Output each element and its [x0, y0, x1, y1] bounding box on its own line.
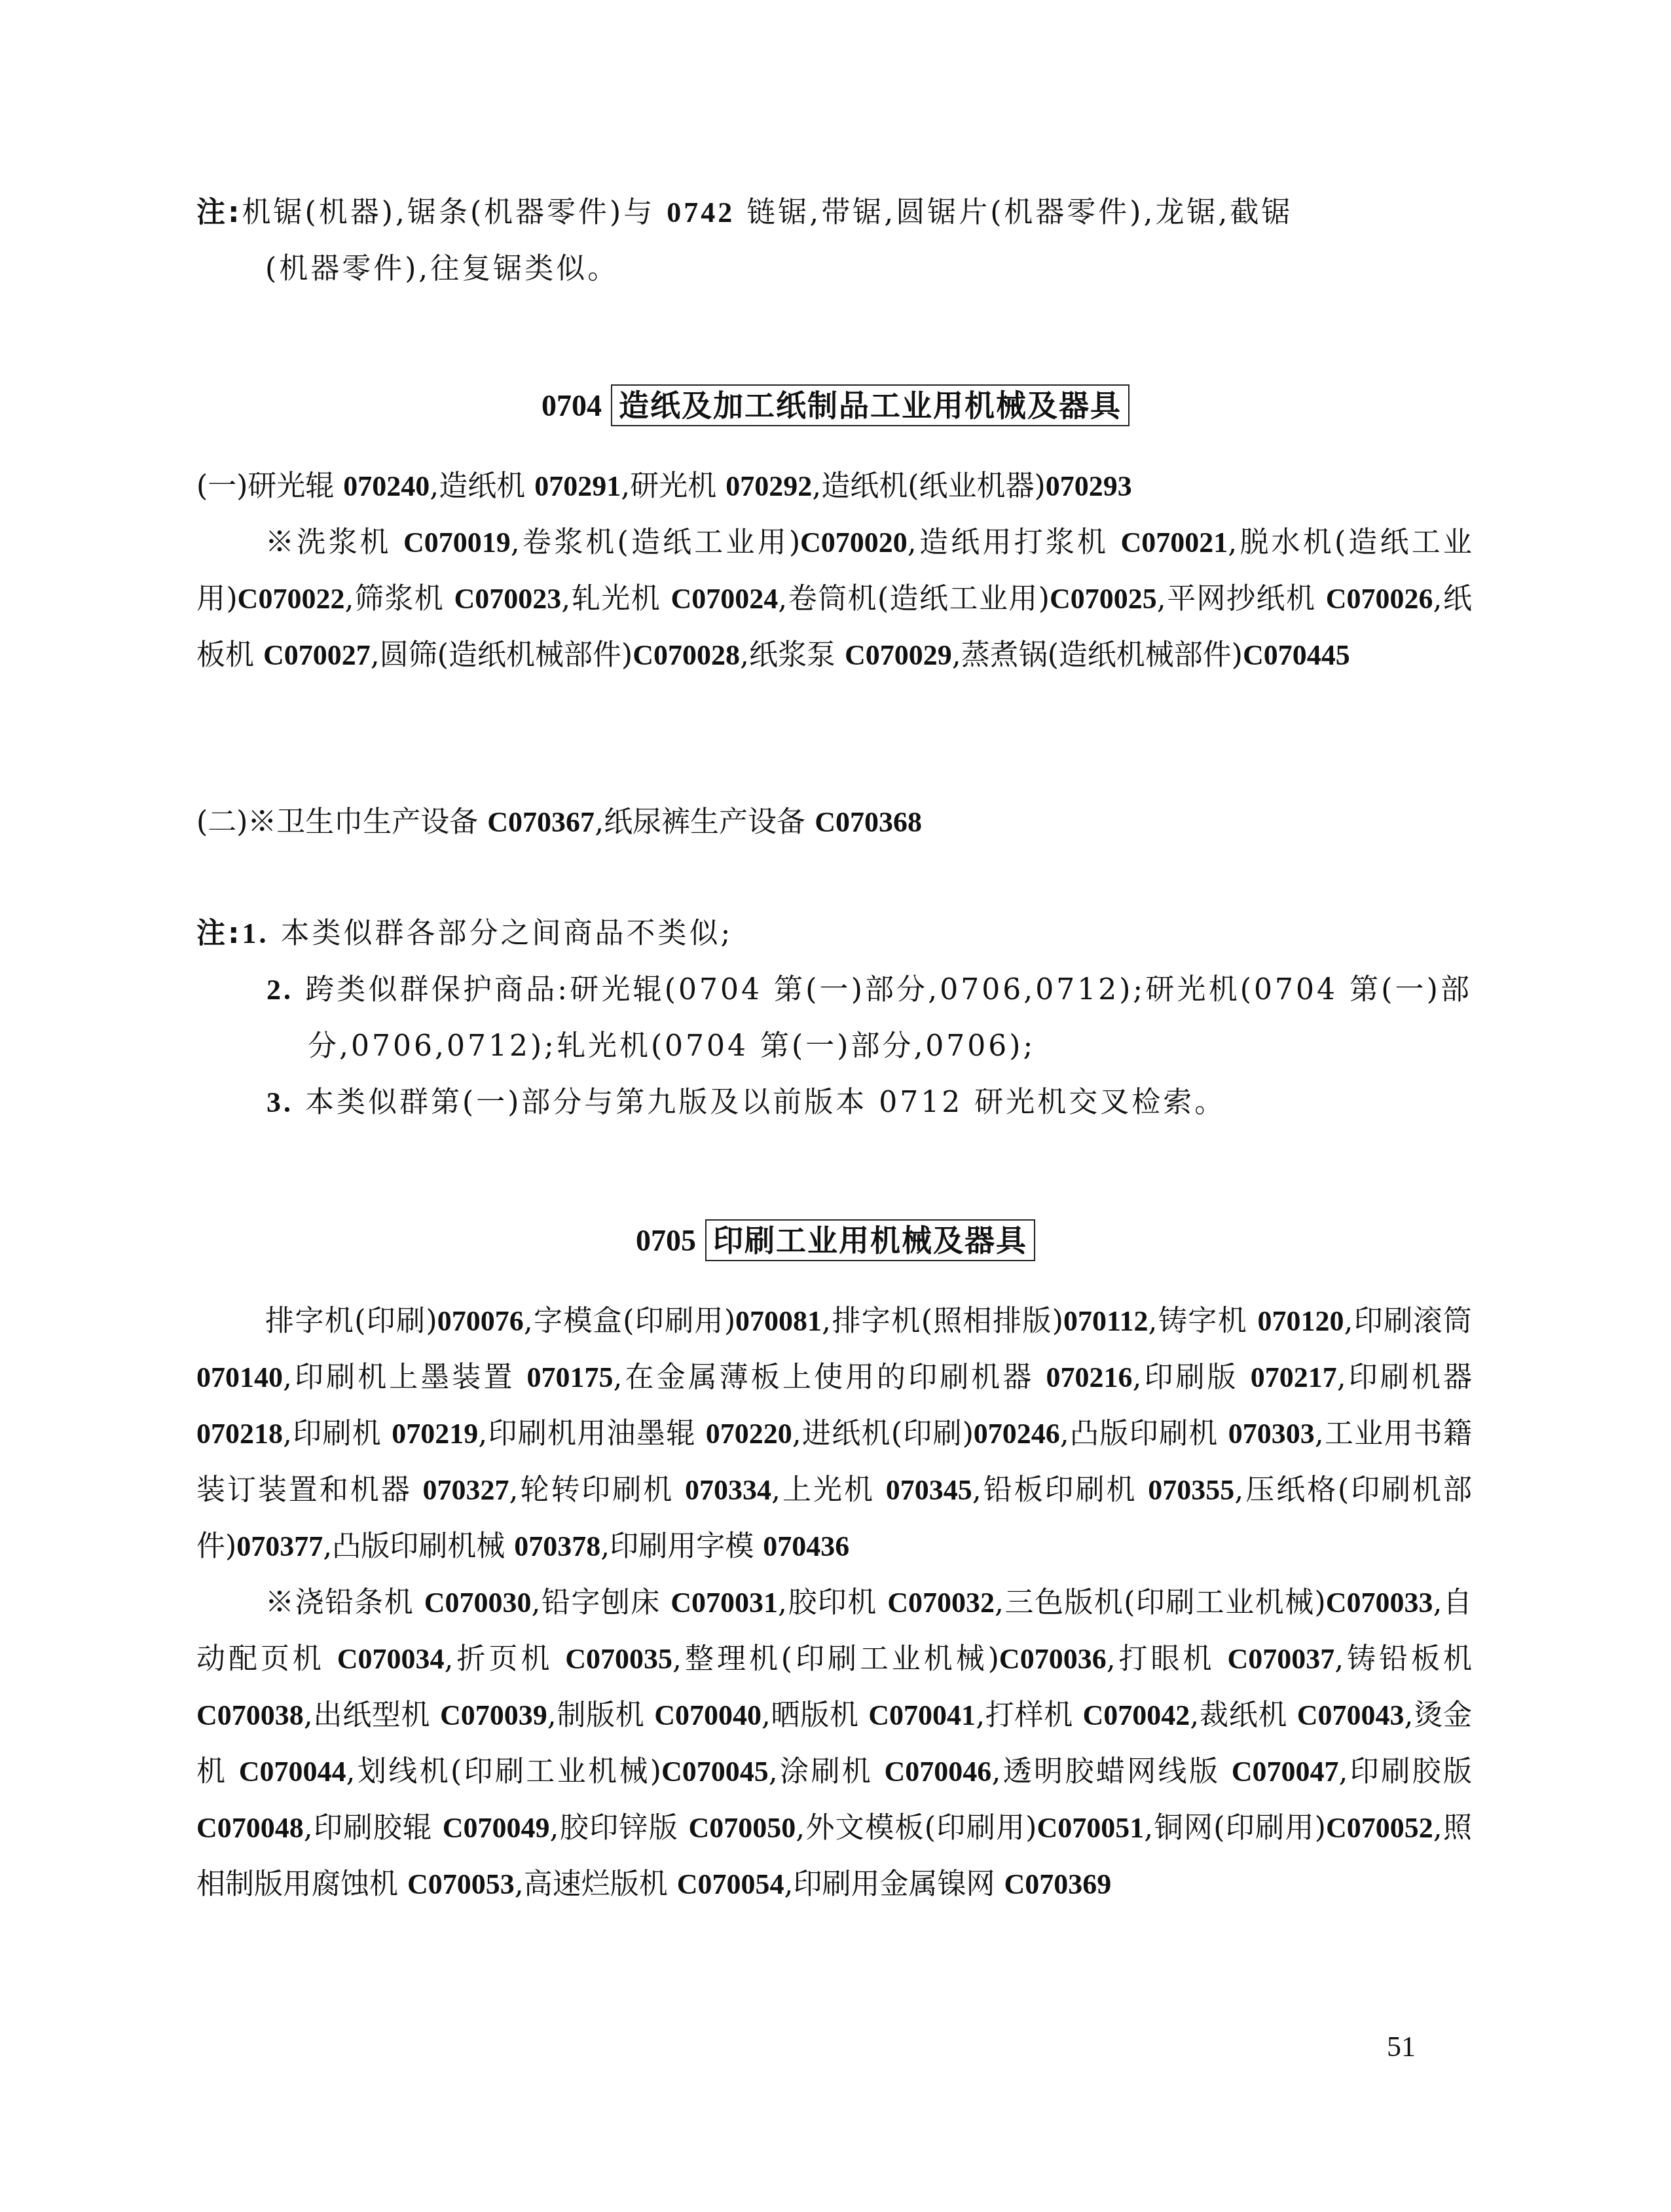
goods-code: C070027	[263, 639, 371, 671]
goods-name: 造纸机(纸业机器)	[821, 470, 1045, 503]
goods-code: C070025	[1050, 583, 1157, 615]
goods-code: 070081	[735, 1305, 822, 1337]
goods-name: ※卫生巾生产设备	[248, 805, 487, 839]
goods-name: ※浇铅条机	[265, 1586, 424, 1619]
goods-name: 打眼机	[1116, 1642, 1228, 1676]
goods-item: 印刷胶辊 C070049,	[313, 1811, 559, 1845]
top-note-line1: 注:机锯(机器),锯条(机器零件)与 0742 链锯,带锯,圆锯片(机器零件),…	[196, 185, 1472, 241]
goods-item: 铸字机 070120,	[1158, 1304, 1353, 1338]
part2-goods: (二)※卫生巾生产设备 C070367,纸尿裤生产设备 C070368	[196, 794, 1472, 851]
goods-item: 折页机 C070035,	[454, 1642, 682, 1676]
goods-name: 印刷胶版	[1348, 1755, 1473, 1788]
goods-code: 070293	[1046, 470, 1132, 502]
goods-item: 涂刷机 C070046,	[778, 1755, 1001, 1788]
goods-item: 高速烂版机 C070054,	[524, 1868, 794, 1901]
goods-code: C070031	[670, 1587, 778, 1619]
goods-code: 070175	[527, 1361, 614, 1393]
goods-name: 整理机(印刷工业机械)	[682, 1642, 999, 1676]
goods-item: 印刷版 070217,	[1141, 1361, 1346, 1394]
goods-code: 070334	[685, 1474, 771, 1506]
goods-code: 070303	[1228, 1418, 1315, 1450]
goods-item: 上光机 070345,	[780, 1473, 982, 1507]
goods-code: 070220	[706, 1418, 792, 1450]
goods-name: 圆筛(造纸机械部件)	[380, 638, 633, 672]
section-code: 0704	[542, 389, 602, 422]
goods-name: 印刷滚筒	[1353, 1304, 1472, 1338]
goods-name: 涂刷机	[778, 1755, 885, 1788]
goods-name: 外文模板(印刷用)	[805, 1811, 1037, 1845]
goods-name: 上光机	[780, 1473, 886, 1507]
note-label: 注:	[196, 196, 242, 229]
goods-name: 造纸用打浆机	[917, 526, 1121, 559]
goods-item: 铅字刨床 C070031,	[540, 1586, 786, 1619]
goods-code: C070054	[677, 1868, 784, 1900]
goods-item: 造纸用打浆机 C070021,	[917, 526, 1237, 559]
goods-name: 印刷用字模	[610, 1530, 763, 1563]
goods-code: 070140	[196, 1361, 283, 1393]
goods-code: 070219	[392, 1418, 478, 1450]
goods-item: 出纸型机 C070039,	[313, 1699, 557, 1732]
goods-code: C070036	[999, 1643, 1107, 1675]
goods-name: 印刷机上墨装置	[292, 1361, 527, 1394]
goods-name: 高速烂版机	[524, 1868, 677, 1901]
goods-code: C070042	[1083, 1699, 1190, 1731]
note-item-1: 注:1. 本类似群各部分之间商品不类似;	[196, 906, 1472, 962]
goods-item: 卷浆机(造纸工业用)C070020,	[520, 526, 917, 559]
goods-item: 卷筒机(造纸工业用)C070025,	[787, 582, 1166, 616]
goods-name: 纸尿裤生产设备	[604, 805, 815, 839]
goods-code: C070033	[1326, 1587, 1433, 1619]
goods-name: 研光机	[630, 470, 725, 503]
top-note-line2: (机器零件),往复锯类似。	[196, 241, 1472, 297]
goods-code: C070047	[1232, 1756, 1339, 1788]
goods-code: C070368	[815, 806, 922, 838]
section-title: 印刷工业用机械及器具	[705, 1219, 1035, 1261]
section-0704-part2: (二)※卫生巾生产设备 C070367,纸尿裤生产设备 C070368	[196, 794, 1472, 851]
section-code: 0705	[636, 1224, 696, 1257]
goods-name: 胶印机	[787, 1586, 887, 1619]
goods-code: C070051	[1037, 1812, 1144, 1844]
goods-code: C070020	[800, 526, 908, 559]
goods-name: 制版机	[557, 1699, 654, 1732]
top-note: 注:机锯(机器),锯条(机器零件)与 0742 链锯,带锯,圆锯片(机器零件),…	[196, 185, 1472, 297]
goods-code: C070039	[440, 1699, 547, 1731]
goods-code: C070052	[1326, 1812, 1433, 1844]
goods-name: ※洗浆机	[265, 526, 403, 559]
goods-name: 研光辊	[248, 470, 343, 503]
goods-name: 平网抄纸机	[1166, 582, 1326, 616]
section-0705-goods: 排字机(印刷)070076,字模盒(印刷用)070081,排字机(照相排版)07…	[196, 1293, 1472, 1913]
goods-name: 卷筒机(造纸工业用)	[787, 582, 1050, 616]
goods-code: 070377	[236, 1530, 323, 1562]
goods-code: 070076	[437, 1305, 524, 1337]
goods-code: C070034	[337, 1643, 445, 1675]
goods-item: 铅板印刷机 070355,	[982, 1473, 1244, 1507]
goods-code: C070445	[1243, 639, 1350, 671]
goods-code: C070041	[868, 1699, 976, 1731]
goods-name: 出纸型机	[313, 1699, 440, 1732]
goods-name: 印刷胶辊	[313, 1811, 443, 1845]
goods-code: C070037	[1227, 1643, 1334, 1675]
goods-item: 印刷机上墨装置 070175,	[292, 1361, 623, 1394]
goods-name: 胶印锌版	[559, 1811, 689, 1845]
goods-name: 铸铅板机	[1344, 1642, 1472, 1676]
goods-item: 轧光机 C070024,	[570, 582, 787, 616]
goods-item: 在金属薄板上使用的印刷机器 070216,	[623, 1361, 1142, 1394]
goods-name: 排字机(印刷)	[265, 1304, 437, 1338]
goods-code: C070019	[403, 526, 511, 559]
goods-name: 印刷用金属镍网	[794, 1868, 1004, 1901]
document-page: 注:机锯(机器),锯条(机器零件)与 0742 链锯,带锯,圆锯片(机器零件),…	[0, 0, 1671, 2212]
goods-item: 三色版机(印刷工业机械)C070033,	[1004, 1586, 1442, 1619]
goods-name: 透明胶蜡网线版	[1001, 1755, 1231, 1788]
goods-name: 印刷机用油墨辊	[487, 1417, 705, 1450]
part1-star-goods: ※洗浆机 C070019,卷浆机(造纸工业用)C070020,造纸用打浆机 C0…	[196, 515, 1472, 684]
goods-item: 印刷机 070219,	[292, 1417, 487, 1450]
goods-code: C070032	[887, 1587, 995, 1619]
section-0705-star-items: ※浇铅条机 C070030,铅字刨床 C070031,胶印机 C070032,三…	[196, 1575, 1472, 1913]
goods-item: 胶印机 C070032,	[787, 1586, 1004, 1619]
goods-item: 划线机(印刷工业机械)C070045,	[356, 1755, 778, 1788]
goods-code: 070291	[534, 470, 621, 502]
goods-item: 排字机(照相排版)070112,	[831, 1304, 1157, 1338]
goods-name: 凸版印刷机	[1069, 1417, 1228, 1450]
section-0704-notes: 注:1. 本类似群各部分之间商品不类似; 2. 跨类似群保护商品:研光辊(070…	[196, 906, 1472, 1131]
goods-code: C070367	[487, 806, 595, 838]
goods-item: 印刷用字模 070436	[610, 1530, 849, 1563]
goods-code: C070053	[407, 1868, 515, 1900]
goods-name: 凸版印刷机械	[332, 1530, 514, 1563]
goods-item: 制版机 C070040,	[557, 1699, 771, 1732]
goods-name: 铅板印刷机	[982, 1473, 1148, 1507]
goods-code: C070024	[670, 583, 778, 615]
goods-item: 裁纸机 C070043,	[1199, 1699, 1413, 1732]
goods-name: 铅字刨床	[540, 1586, 670, 1619]
goods-code: 070112	[1063, 1305, 1148, 1337]
goods-code: C070028	[633, 639, 740, 671]
section-heading-0705: 0705印刷工业用机械及器具	[0, 1219, 1671, 1262]
section-heading-0704: 0704造纸及加工纸制品工业用机械及器具	[0, 384, 1671, 427]
goods-item: 研光辊 070240,	[248, 470, 439, 503]
goods-name: 划线机(印刷工业机械)	[356, 1755, 661, 1788]
goods-code: 070246	[974, 1418, 1060, 1450]
goods-name: 轮转印刷机	[519, 1473, 686, 1507]
goods-item: 印刷用金属镍网 C070369	[794, 1868, 1112, 1901]
goods-name: 筛浆机	[354, 582, 454, 616]
goods-name: 轧光机	[570, 582, 670, 616]
goods-name: 铜网(印刷用)	[1153, 1811, 1326, 1845]
goods-code: 070327	[423, 1474, 509, 1506]
goods-code: C070050	[688, 1812, 796, 1844]
goods-code: C070022	[238, 583, 345, 615]
goods-code: C070035	[565, 1643, 672, 1675]
goods-code: C070038	[196, 1699, 304, 1731]
goods-code: 070292	[725, 470, 812, 502]
goods-code: C070045	[661, 1756, 769, 1788]
goods-code: 070345	[886, 1474, 972, 1506]
goods-name: 纸浆泵	[749, 638, 845, 672]
note-item-3: 3. 本类似群第(一)部分与第九版及以前版本 0712 研光机交叉检索。	[196, 1075, 1472, 1131]
goods-item: 整理机(印刷工业机械)C070036,	[682, 1642, 1116, 1676]
goods-item: 造纸机 070291,	[439, 470, 630, 503]
goods-item: 打样机 C070042,	[985, 1699, 1199, 1732]
goods-code: C070048	[196, 1812, 304, 1844]
part1-goods: (一)研光辊 070240,造纸机 070291,研光机 070292,造纸机(…	[196, 458, 1472, 515]
goods-item: 筛浆机 C070023,	[354, 582, 570, 616]
goods-code: C070026	[1326, 583, 1433, 615]
goods-name: 排字机(照相排版)	[831, 1304, 1063, 1338]
goods-name: 三色版机(印刷工业机械)	[1004, 1586, 1326, 1619]
goods-code: 070120	[1257, 1305, 1344, 1337]
goods-name: 造纸机	[439, 470, 534, 503]
goods-code: C070046	[885, 1756, 992, 1788]
goods-item: ※卫生巾生产设备 C070367,	[248, 805, 604, 839]
goods-code: 070378	[514, 1530, 600, 1562]
note-item-2: 2. 跨类似群保护商品:研光辊(0704 第(一)部分,0706,0712);研…	[196, 962, 1472, 1075]
goods-name: 在金属薄板上使用的印刷机器	[623, 1361, 1046, 1394]
goods-name: 折页机	[454, 1642, 566, 1676]
goods-item: 铜网(印刷用)C070052,	[1153, 1811, 1442, 1845]
goods-code: C070023	[454, 583, 562, 615]
goods-code: 070436	[763, 1530, 849, 1562]
goods-item: 研光机 070292,	[630, 470, 821, 503]
goods-name: 铸字机	[1158, 1304, 1258, 1338]
goods-item: 胶印锌版 C070050,	[559, 1811, 805, 1845]
goods-code: 070217	[1251, 1361, 1337, 1393]
goods-name: 印刷机器	[1346, 1361, 1472, 1394]
goods-name: 印刷版	[1141, 1361, 1250, 1394]
goods-name: 字模盒(印刷用)	[533, 1304, 735, 1338]
goods-item: 透明胶蜡网线版 C070047,	[1001, 1755, 1348, 1788]
goods-item: 晒版机 C070041,	[771, 1699, 985, 1732]
goods-item: 字模盒(印刷用)070081,	[533, 1304, 831, 1338]
goods-code: C070030	[424, 1587, 532, 1619]
goods-name: 卷浆机(造纸工业用)	[520, 526, 800, 559]
goods-code: 070240	[343, 470, 430, 502]
goods-item: 打眼机 C070037,	[1116, 1642, 1344, 1676]
goods-name: 进纸机(印刷)	[801, 1417, 974, 1450]
goods-item: 轮转印刷机 070334,	[519, 1473, 781, 1507]
goods-code: C070369	[1004, 1868, 1112, 1900]
goods-item: 圆筛(造纸机械部件)C070028,	[380, 638, 749, 672]
page-number: 51	[1387, 2030, 1416, 2063]
goods-item: ※洗浆机 C070019,	[265, 526, 520, 559]
goods-item: 进纸机(印刷)070246,	[801, 1417, 1069, 1450]
section-0705-items: 排字机(印刷)070076,字模盒(印刷用)070081,排字机(照相排版)07…	[196, 1293, 1472, 1575]
goods-code: C070043	[1297, 1699, 1405, 1731]
goods-item: 印刷机用油墨辊 070220,	[487, 1417, 801, 1450]
goods-code: C070049	[443, 1812, 550, 1844]
goods-item: 纸尿裤生产设备 C070368	[604, 805, 922, 839]
goods-item: 排字机(印刷)070076,	[265, 1304, 533, 1338]
goods-item: 凸版印刷机械 070378,	[332, 1530, 610, 1563]
goods-code: 070216	[1046, 1361, 1132, 1393]
goods-code: C070044	[239, 1756, 346, 1788]
goods-name: 打样机	[985, 1699, 1082, 1732]
goods-code: 070355	[1148, 1474, 1234, 1506]
goods-item: 造纸机(纸业机器)070293	[821, 470, 1131, 503]
goods-name: 印刷机	[292, 1417, 392, 1450]
goods-code: 070218	[196, 1418, 283, 1450]
section-title: 造纸及加工纸制品工业用机械及器具	[611, 384, 1129, 426]
goods-name: 裁纸机	[1199, 1699, 1296, 1732]
goods-item: ※浇铅条机 C070030,	[265, 1586, 540, 1619]
goods-code: C070029	[845, 639, 952, 671]
goods-code: C070021	[1120, 526, 1228, 559]
goods-code: C070040	[654, 1699, 762, 1731]
goods-item: 外文模板(印刷用)C070051,	[805, 1811, 1153, 1845]
goods-name: 晒版机	[771, 1699, 868, 1732]
goods-item: 蒸煮锅(造纸机械部件)C070445	[961, 638, 1350, 672]
goods-item: 凸版印刷机 070303,	[1069, 1417, 1324, 1450]
goods-name: 蒸煮锅(造纸机械部件)	[961, 638, 1243, 672]
section-0704-part1: (一)研光辊 070240,造纸机 070291,研光机 070292,造纸机(…	[196, 458, 1472, 684]
goods-item: 平网抄纸机 C070026,	[1166, 582, 1442, 616]
goods-item: 纸浆泵 C070029,	[749, 638, 961, 672]
